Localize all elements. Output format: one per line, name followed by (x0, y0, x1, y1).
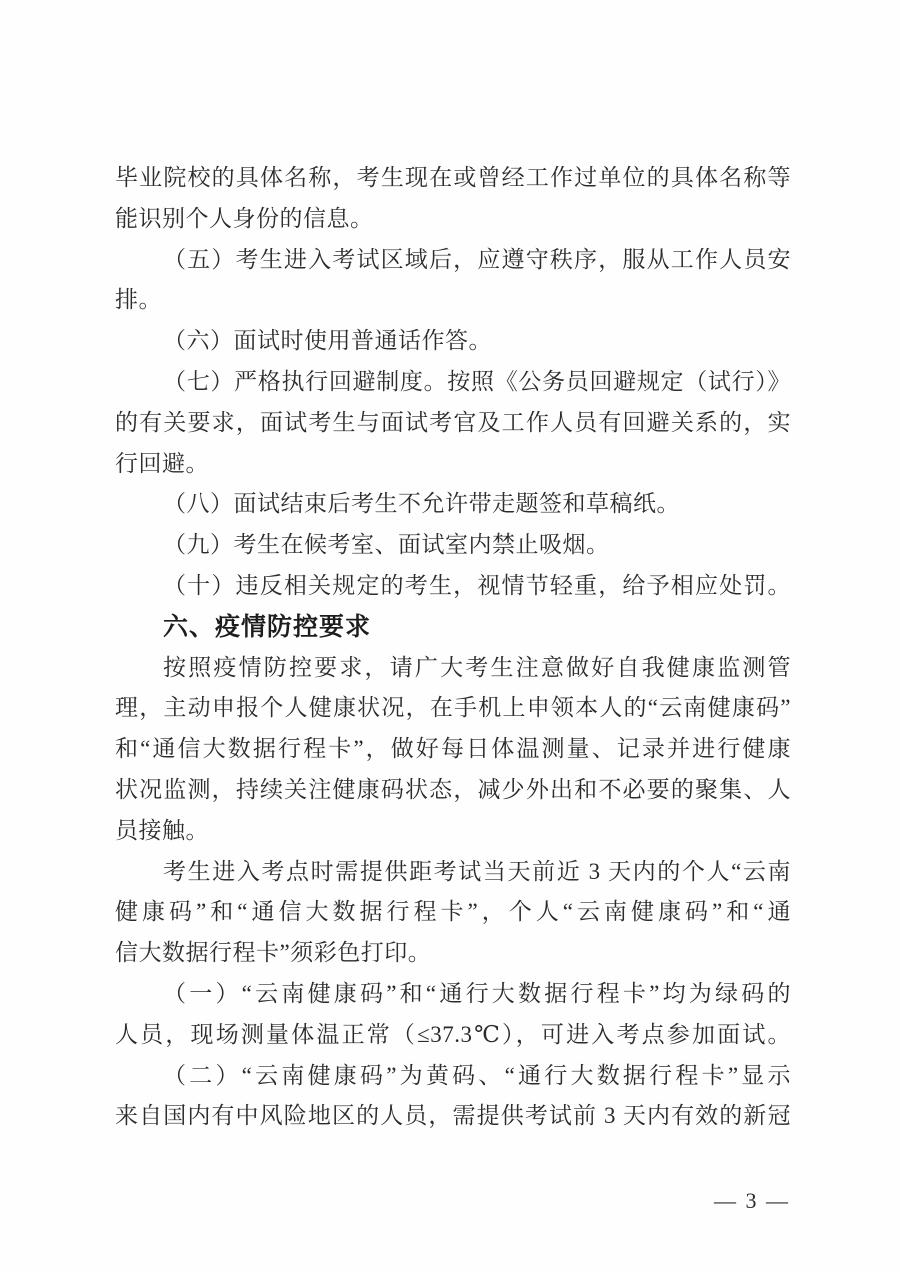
text-line: （二）“云南健康码”为黄码、“通行大数据行程卡”显示 (115, 1056, 791, 1097)
text-line: 状况监测，持续关注健康码状态，减少外出和不必要的聚集、人 (115, 770, 791, 811)
text-line: （一）“云南健康码”和“通行大数据行程卡”均为绿码的 (115, 974, 791, 1015)
text-line: 能识别个人身份的信息。 (115, 199, 791, 240)
text-line: （六）面试时使用普通话作答。 (115, 321, 791, 362)
text-line: 信大数据行程卡”须彩色打印。 (115, 933, 791, 974)
text-line: （九）考生在候考室、面试室内禁止吸烟。 (115, 525, 791, 566)
text-line: 人员，现场测量体温正常（≤37.3℃），可进入考点参加面试。 (115, 1015, 791, 1056)
text-line: 来自国内有中风险地区的人员，需提供考试前 3 天内有效的新冠 (115, 1096, 791, 1137)
section-heading: 六、疫情防控要求 (115, 607, 791, 648)
text-line: 排。 (115, 280, 791, 321)
document-content: 毕业院校的具体名称，考生现在或曾经工作过单位的具体名称等 能识别个人身份的信息。… (115, 158, 791, 1137)
text-line: 考生进入考点时需提供距考试当天前近 3 天内的个人“云南 (115, 852, 791, 893)
text-line: （五）考生进入考试区域后，应遵守秩序，服从工作人员安 (115, 240, 791, 281)
text-line: （七）严格执行回避制度。按照《公务员回避规定（试行）》 (115, 362, 791, 403)
text-line: 理，主动申报个人健康状况，在手机上申领本人的“云南健康码” (115, 688, 791, 729)
text-line: 员接触。 (115, 811, 791, 852)
text-line: 和“通信大数据行程卡”，做好每日体温测量、记录并进行健康 (115, 729, 791, 770)
text-line: （十）违反相关规定的考生，视情节轻重，给予相应处罚。 (115, 566, 791, 607)
text-line: 行回避。 (115, 444, 791, 485)
text-line: 按照疫情防控要求，请广大考生注意做好自我健康监测管 (115, 648, 791, 689)
text-line: 健康码”和“通信大数据行程卡”，个人“云南健康码”和“通 (115, 892, 791, 933)
text-line: 毕业院校的具体名称，考生现在或曾经工作过单位的具体名称等 (115, 158, 791, 199)
scanned-document-page: 毕业院校的具体名称，考生现在或曾经工作过单位的具体名称等 能识别个人身份的信息。… (0, 0, 900, 1272)
text-line: 的有关要求，面试考生与面试考官及工作人员有回避关系的，实 (115, 403, 791, 444)
text-line: （八）面试结束后考生不允许带走题签和草稿纸。 (115, 484, 791, 525)
page-number: — 3 — (714, 1188, 790, 1214)
